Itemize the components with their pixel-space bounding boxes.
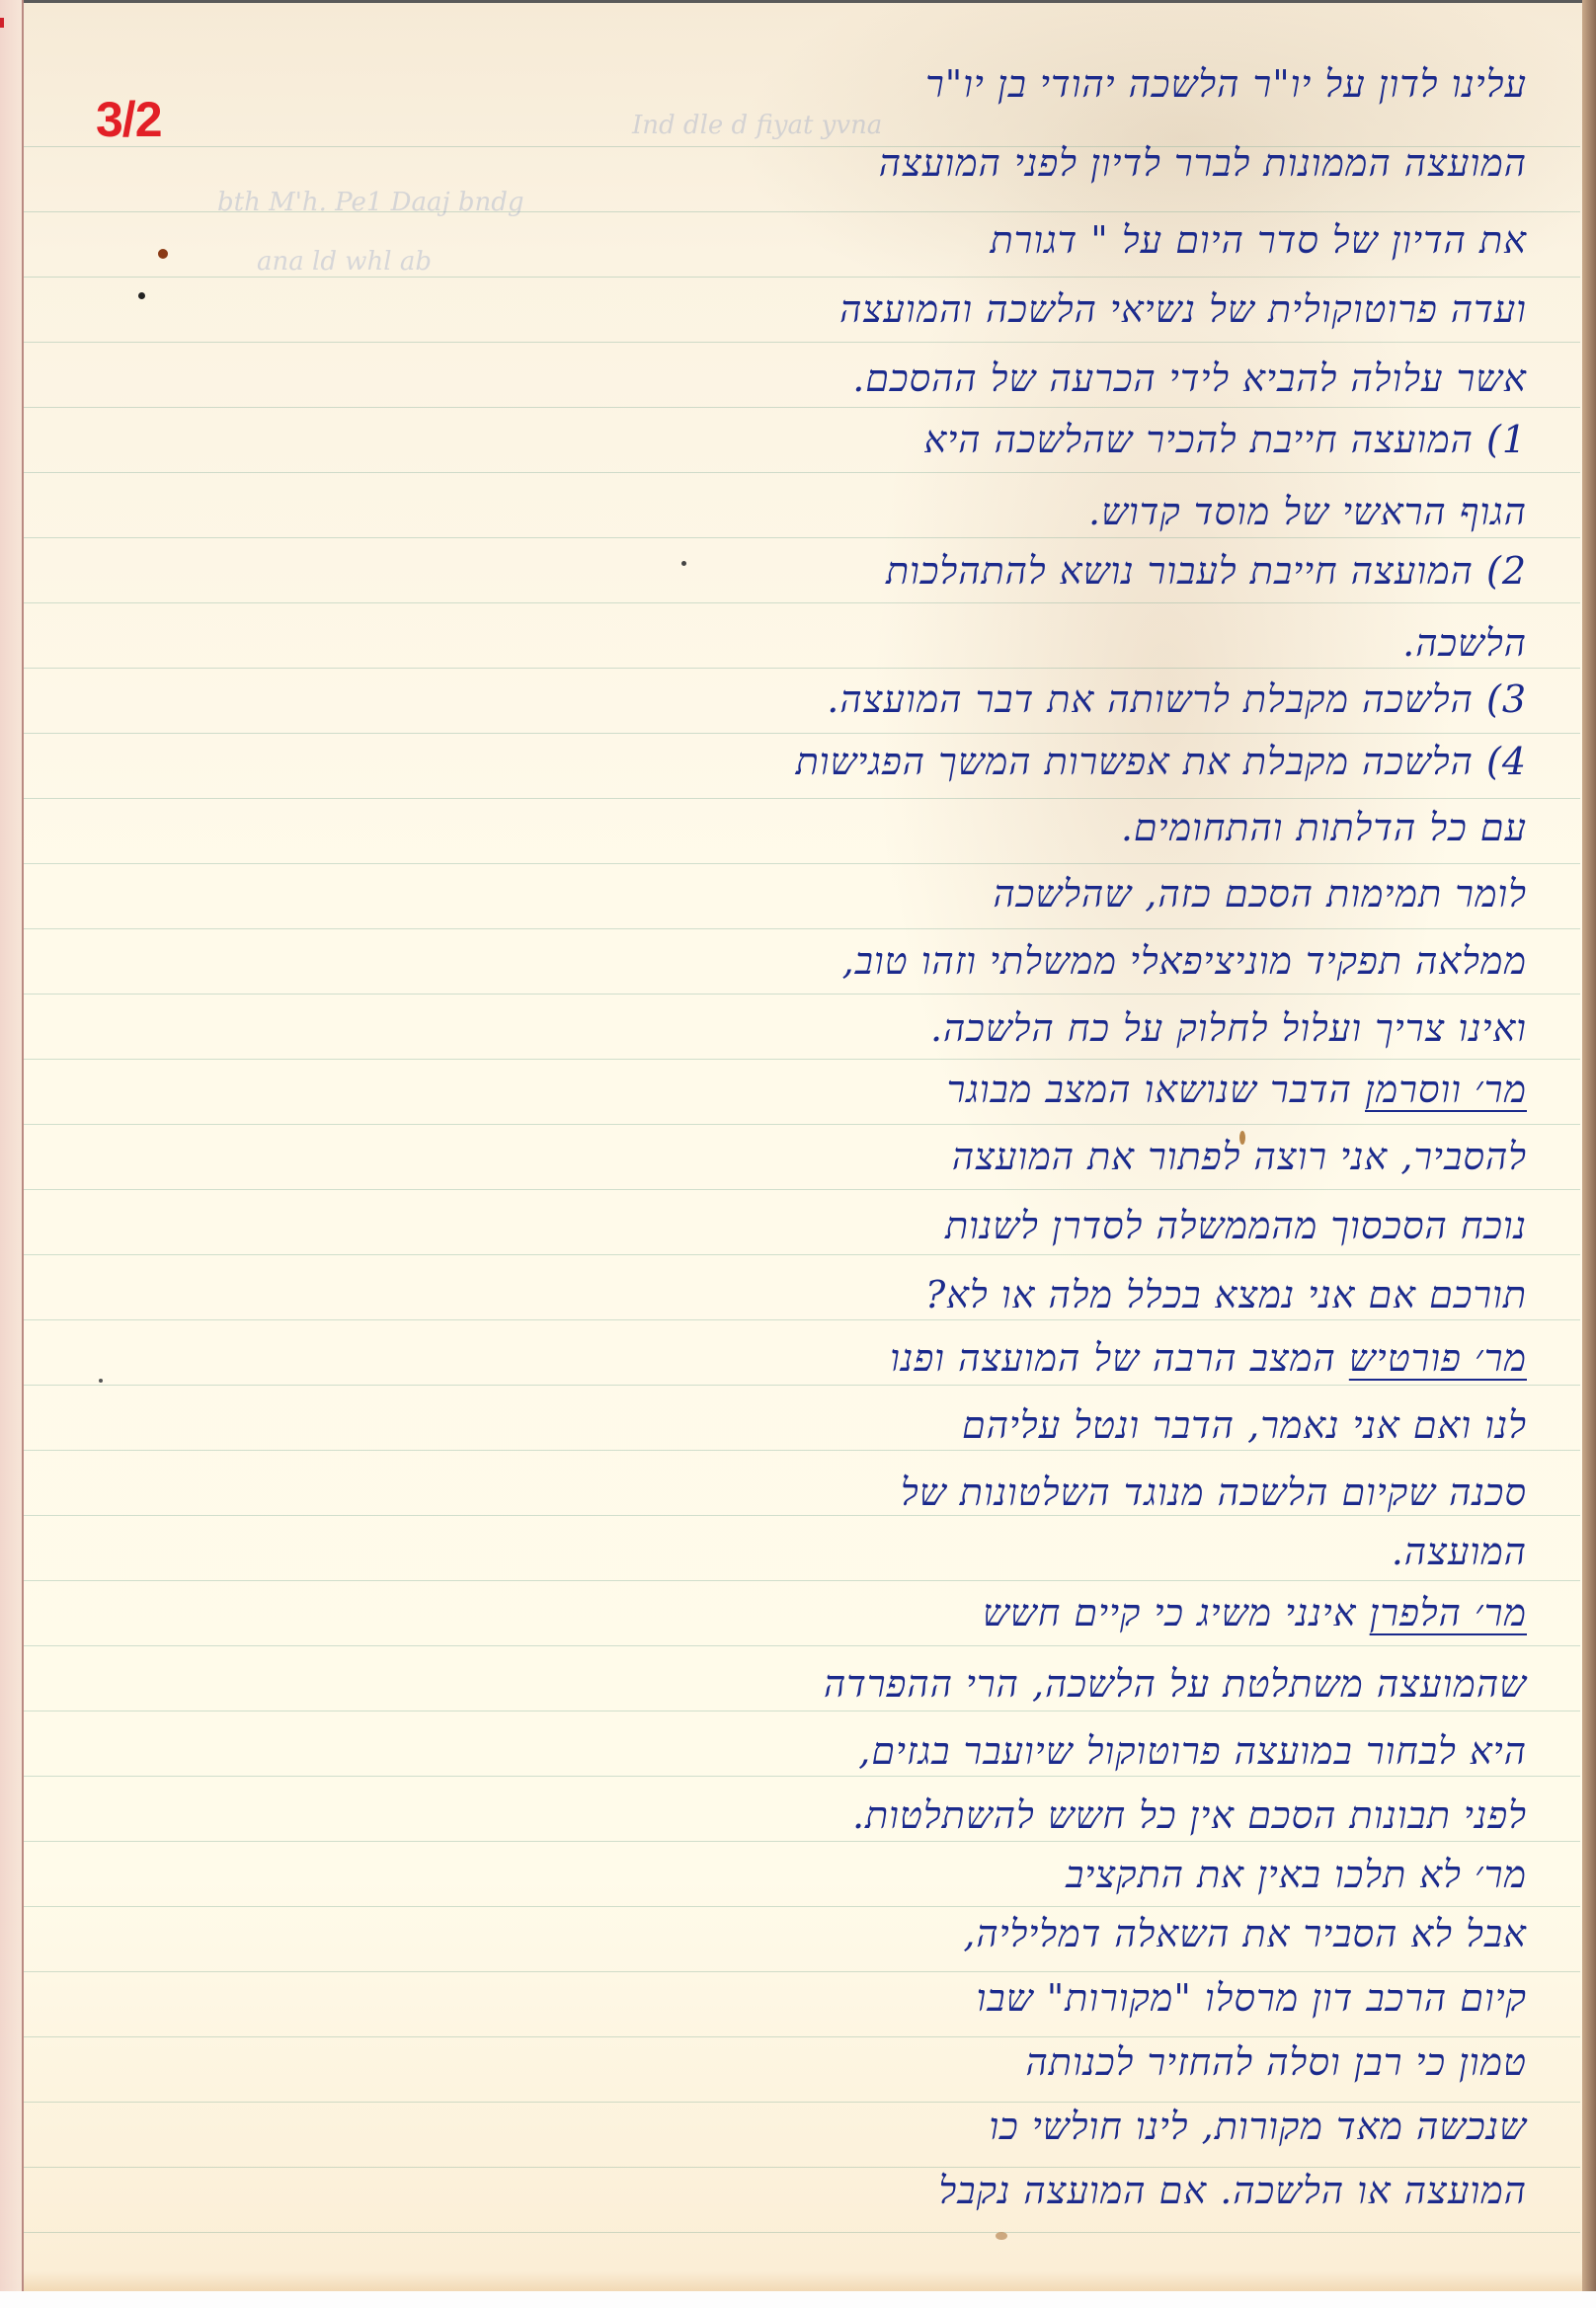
handwritten-line: המועצה הממונות לברר לדיון לפני המועצה [879, 140, 1527, 186]
handwritten-line: הגוף הראשי של מוסד קדוש. [1088, 489, 1527, 534]
line-text: אבל לא הסביר את השאלה דמליליה, [963, 1912, 1527, 1955]
line-text: ועדה פרוטוקולית של נשיאי הלשכה והמועצה [839, 287, 1527, 331]
handwritten-line: 4) הלשכה מקבלת את אפשרות המשך הפגישות [796, 739, 1527, 784]
ruled-line [24, 1189, 1580, 1190]
ruled-line [24, 1385, 1580, 1386]
handwritten-line: מר׳ הלפרן אינני משיג כי קיים חשש [983, 1590, 1527, 1635]
ruled-line [24, 928, 1580, 929]
foxing-spot [681, 561, 686, 566]
line-text: תורכם אם אני נמצא בכלל מלה או לא? [925, 1273, 1527, 1316]
line-text: סכנה שקיום הלשכה מנוגד השלטונות של [901, 1471, 1527, 1514]
handwritten-line: 3) הלשכה מקבלת לרשותה את דבר המועצה. [827, 676, 1527, 722]
ruled-line [24, 277, 1580, 278]
ruled-line [24, 537, 1580, 538]
line-text: 1) המועצה חייבת להכיר שהלשכה היא [924, 418, 1527, 461]
line-text: לנו ואם אני נאמר, הדבר ונטל עליהם [962, 1403, 1527, 1447]
line-text: המועצה או הלשכה. אם המועצה נקבל [939, 2169, 1527, 2212]
handwritten-line: עלינו לדון על יו"ר הלשכה יהודי בן יו"ר [925, 61, 1527, 107]
line-text: שהמועצה משתלטת על הלשכה, הרי ההפרדה [824, 1662, 1527, 1706]
speaker-name: מר׳ פורטיש [1349, 1336, 1527, 1380]
foxing-spot [996, 2232, 1007, 2240]
line-text: את הדיון של סדר היום על " דגורת [991, 218, 1528, 262]
line-text: ממלאה תפקיד מוניציפאלי ממשלתי וזהו טוב, [842, 939, 1527, 983]
ruled-line [24, 994, 1580, 995]
ruled-line [24, 407, 1580, 408]
handwritten-line: היא לבחור במועצה פרוטוקול שיועבר בגזים, [858, 1728, 1527, 1774]
scan-bottom-margin [0, 2291, 1596, 2308]
ruled-line [24, 1319, 1580, 1320]
ruled-line [24, 1515, 1580, 1516]
handwritten-line: לנו ואם אני נאמר, הדבר ונטל עליהם [962, 1402, 1527, 1448]
line-text: שנכשה מאד מקורות, לינו חולשי כו [989, 2105, 1527, 2148]
handwritten-line: סכנה שקיום הלשכה מנוגד השלטונות של [901, 1470, 1527, 1515]
handwritten-line: אבל לא הסביר את השאלה דמליליה, [963, 1911, 1527, 1956]
handwritten-line: מר׳ לא תלכו באין את התקציב [1066, 1852, 1527, 1897]
line-text: המצב הרבה של המועצה ופנו [890, 1336, 1335, 1380]
handwritten-line: 1) המועצה חייבת להכיר שהלשכה היא [924, 417, 1527, 462]
ruled-line [24, 1971, 1580, 1972]
line-text: לומר תמימות הסכם כזה, שהלשכה [994, 872, 1527, 915]
bleed-through-text: ana ld whl ab [257, 247, 432, 277]
line-text: נוכח הסכסוך מהממשלה לסדרן לשנות [945, 1204, 1527, 1247]
foxing-spot [99, 1379, 103, 1383]
handwritten-line: שהמועצה משתלטת על הלשכה, הרי ההפרדה [824, 1661, 1527, 1707]
ruled-line [24, 602, 1580, 603]
handwritten-line: נוכח הסכסוך מהממשלה לסדרן לשנות [945, 1203, 1527, 1248]
ruled-line [24, 798, 1580, 799]
line-text: הלשכה. [1402, 621, 1527, 665]
handwritten-line: ועדה פרוטוקולית של נשיאי הלשכה והמועצה [839, 286, 1527, 332]
line-text: ואינו צריך ועלול לחלוק על כח הלשכה. [930, 1006, 1527, 1050]
page-number-label: 3/2 [96, 95, 162, 144]
bleed-through-text: bth M'h. Pe1 Daaj bndg [217, 188, 524, 217]
line-text: הגוף הראשי של מוסד קדוש. [1088, 490, 1527, 533]
ruled-line [24, 342, 1580, 343]
line-text: אשר עלולה להביא לידי הכרעה של ההסכם. [852, 357, 1527, 400]
line-text: 3) הלשכה מקבלת לרשותה את דבר המועצה. [827, 677, 1527, 721]
ruled-line [24, 1580, 1580, 1581]
ruled-line [24, 1906, 1580, 1907]
handwritten-line: המועצה או הלשכה. אם המועצה נקבל [939, 2168, 1527, 2213]
scanned-page: 3/2 Ind dle d fiyat yvna bth M'h. Pe1 Da… [0, 0, 1596, 2291]
handwritten-line: המועצה. [1392, 1529, 1527, 1574]
line-text: 4) הלשכה מקבלת את אפשרות המשך הפגישות [796, 740, 1527, 783]
handwritten-line: שנכשה מאד מקורות, לינו חולשי כו [989, 2104, 1527, 2149]
handwritten-line: טמון כי רבן וסלה להחזיר לכנותה [1026, 2039, 1528, 2085]
ruled-line [24, 1711, 1580, 1711]
ruled-line [24, 863, 1580, 864]
handwritten-line: לומר תמימות הסכם כזה, שהלשכה [994, 871, 1527, 916]
line-text: עם כל הדלתות והתחומים. [1121, 806, 1527, 849]
handwritten-line: אשר עלולה להביא לידי הכרעה של ההסכם. [852, 356, 1527, 401]
handwritten-line: את הדיון של סדר היום על " דגורת [991, 217, 1528, 263]
ruled-line [24, 472, 1580, 473]
ruled-line [24, 1059, 1580, 1060]
line-text: לפני תבונות הסכם אין כל חשש להשתלטות. [852, 1793, 1527, 1837]
line-text: 2) המועצה חייבת לעבור נושא להתהלכות [886, 549, 1527, 593]
foxing-spot [138, 292, 145, 299]
handwritten-line: עם כל הדלתות והתחומים. [1121, 805, 1527, 850]
paper-left-margin [0, 0, 24, 2291]
handwritten-line: קיום הרכב דון מרסלו "מקורות" שבו [977, 1975, 1527, 2021]
line-text: אינני משיג כי קיים חשש [983, 1591, 1357, 1634]
line-text: עלינו לדון על יו"ר הלשכה יהודי בן יו"ר [925, 62, 1527, 106]
ruled-line [24, 668, 1580, 669]
ruled-line [24, 1841, 1580, 1842]
line-text: קיום הרכב דון מרסלו "מקורות" שבו [977, 1976, 1527, 2020]
ruled-line [24, 2036, 1580, 2037]
paper-right-edge-shadow [1582, 0, 1596, 2291]
handwritten-line: הלשכה. [1402, 620, 1527, 666]
ruled-line [24, 1254, 1580, 1255]
speaker-name: מר׳ ווסרמן [1365, 1068, 1527, 1111]
scan-top-edge [0, 0, 1596, 3]
handwritten-line: לפני תבונות הסכם אין כל חשש להשתלטות. [852, 1792, 1527, 1838]
line-text: להסביר, אני רוצה לפתור את המועצה [952, 1135, 1527, 1178]
handwritten-line: מר׳ פורטיש המצב הרבה של המועצה ופנו [890, 1335, 1527, 1381]
ruled-line [24, 1776, 1580, 1777]
handwritten-line: להסביר, אני רוצה לפתור את המועצה [952, 1134, 1527, 1179]
bleed-through-text: Ind dle d fiyat yvna [632, 111, 882, 140]
ruled-line [24, 733, 1580, 734]
ruled-line [24, 1124, 1580, 1125]
handwritten-line: מר׳ ווסרמן הדבר שנושאו המצב מבוגר [947, 1067, 1527, 1112]
line-text: המועצה הממונות לברר לדיון לפני המועצה [879, 141, 1527, 185]
handwritten-line: ממלאה תפקיד מוניציפאלי ממשלתי וזהו טוב, [842, 938, 1527, 984]
handwritten-line: תורכם אם אני נמצא בכלל מלה או לא? [925, 1272, 1527, 1317]
handwritten-line: ואינו צריך ועלול לחלוק על כח הלשכה. [930, 1005, 1527, 1051]
line-text: היא לבחור במועצה פרוטוקול שיועבר בגזים, [858, 1729, 1527, 1773]
speaker-name: מר׳ הלפרן [1370, 1591, 1527, 1634]
line-text: מר׳ לא תלכו באין את התקציב [1066, 1853, 1527, 1896]
handwritten-line: 2) המועצה חייבת לעבור נושא להתהלכות [886, 548, 1527, 594]
ruled-line [24, 2102, 1580, 2103]
red-margin-mark [0, 18, 4, 28]
ruled-line [24, 2232, 1580, 2233]
foxing-spot [158, 249, 168, 259]
ruled-line [24, 1450, 1580, 1451]
ruled-line [24, 1645, 1580, 1646]
line-text: טמון כי רבן וסלה להחזיר לכנותה [1026, 2040, 1528, 2084]
line-text: המועצה. [1392, 1530, 1527, 1573]
line-text: הדבר שנושאו המצב מבוגר [947, 1068, 1352, 1111]
